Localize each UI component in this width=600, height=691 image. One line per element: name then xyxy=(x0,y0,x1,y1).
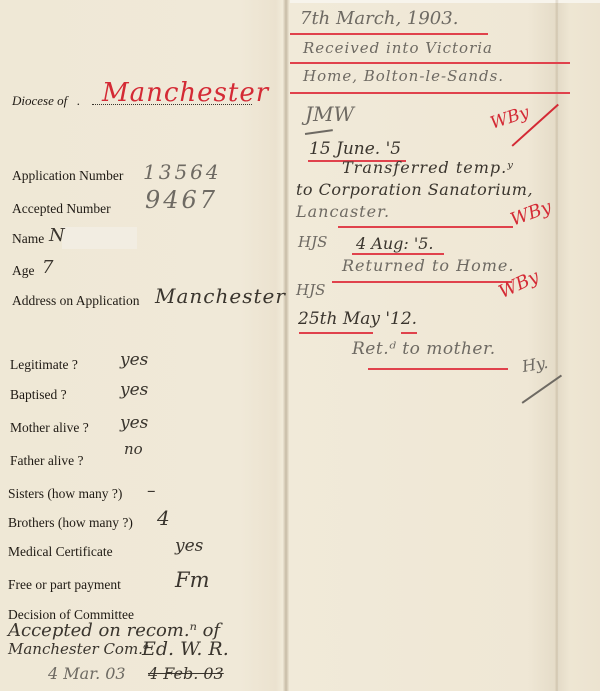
center-fold xyxy=(283,0,289,691)
father-alive-value: no xyxy=(124,440,143,458)
baptised-label: Baptised ? xyxy=(10,387,67,403)
father-alive-label: Father alive ? xyxy=(10,453,83,469)
address-value: Manchester xyxy=(155,284,286,308)
legitimate-label: Legitimate ? xyxy=(10,357,78,373)
entry-1-date: 7th March, 1903. xyxy=(300,8,458,29)
paper-top-edge xyxy=(290,0,600,3)
entry-3-date: 15 June. '5 xyxy=(309,139,401,159)
red-rule xyxy=(352,253,444,255)
red-rule xyxy=(338,226,513,228)
baptised-value: yes xyxy=(120,380,148,400)
payment-label: Free or part payment xyxy=(8,577,121,593)
diocese-value: Manchester xyxy=(102,78,269,108)
entry-2-initials: JMW xyxy=(305,102,354,126)
application-number-label: Application Number xyxy=(12,168,123,184)
diocese-dots: . xyxy=(77,93,80,109)
application-number-value: 13564 xyxy=(143,160,222,184)
mother-alive-value: yes xyxy=(120,413,148,433)
entry-3-text-3: Lancaster. xyxy=(296,202,390,221)
red-rule xyxy=(368,368,508,370)
decision-struck-date: 4 Feb. 03 xyxy=(148,664,224,683)
entry-5-date: 25th May '12. xyxy=(298,309,417,329)
age-label: Age xyxy=(12,263,35,279)
red-rule xyxy=(332,281,512,283)
name-label: Name xyxy=(12,231,44,247)
red-rule xyxy=(290,92,570,94)
diocese-label: Diocese of xyxy=(12,93,67,109)
entry-3-text: Transferred temp.ʸ xyxy=(342,158,514,177)
redacted-name xyxy=(62,227,137,249)
payment-value: Fm xyxy=(175,568,209,592)
sisters-label: Sisters (how many ?) xyxy=(8,486,122,502)
entry-1-text-2: Home, Bolton-le-Sands. xyxy=(303,67,504,85)
red-rule xyxy=(299,332,373,334)
red-rule xyxy=(290,62,570,64)
entry-1-text: Received into Victoria xyxy=(303,39,493,57)
entry-4-initials: HJS xyxy=(298,233,327,251)
red-rule xyxy=(290,33,488,35)
entry-5-text: Ret.ᵈ to mother. xyxy=(352,339,496,359)
accepted-number-value: 9467 xyxy=(145,186,218,214)
entry-4-text: Returned to Home. xyxy=(342,256,514,275)
accepted-number-label: Accepted Number xyxy=(12,201,111,217)
medical-certificate-label: Medical Certificate xyxy=(8,544,113,560)
decision-line-2: Manchester Com.ᵉ xyxy=(8,640,149,658)
mother-alive-label: Mother alive ? xyxy=(10,420,89,436)
decision-date: 4 Mar. 03 xyxy=(48,664,126,683)
legitimate-value: yes xyxy=(120,350,148,370)
age-value: 7 xyxy=(42,257,53,278)
decision-initials: Ed. W. R. xyxy=(142,638,229,660)
medical-certificate-value: yes xyxy=(175,536,203,556)
red-rule xyxy=(401,332,417,334)
entry-3-text-2: to Corporation Sanatorium, xyxy=(296,180,533,199)
entry-4-date: 4 Aug: '5. xyxy=(356,234,434,253)
sisters-value: – xyxy=(147,481,156,501)
brothers-label: Brothers (how many ?) xyxy=(8,515,133,531)
address-label: Address on Application xyxy=(12,293,140,309)
entry-5-initials: HJS xyxy=(296,281,325,299)
name-value: N xyxy=(49,225,65,246)
brothers-value: 4 xyxy=(157,506,170,530)
